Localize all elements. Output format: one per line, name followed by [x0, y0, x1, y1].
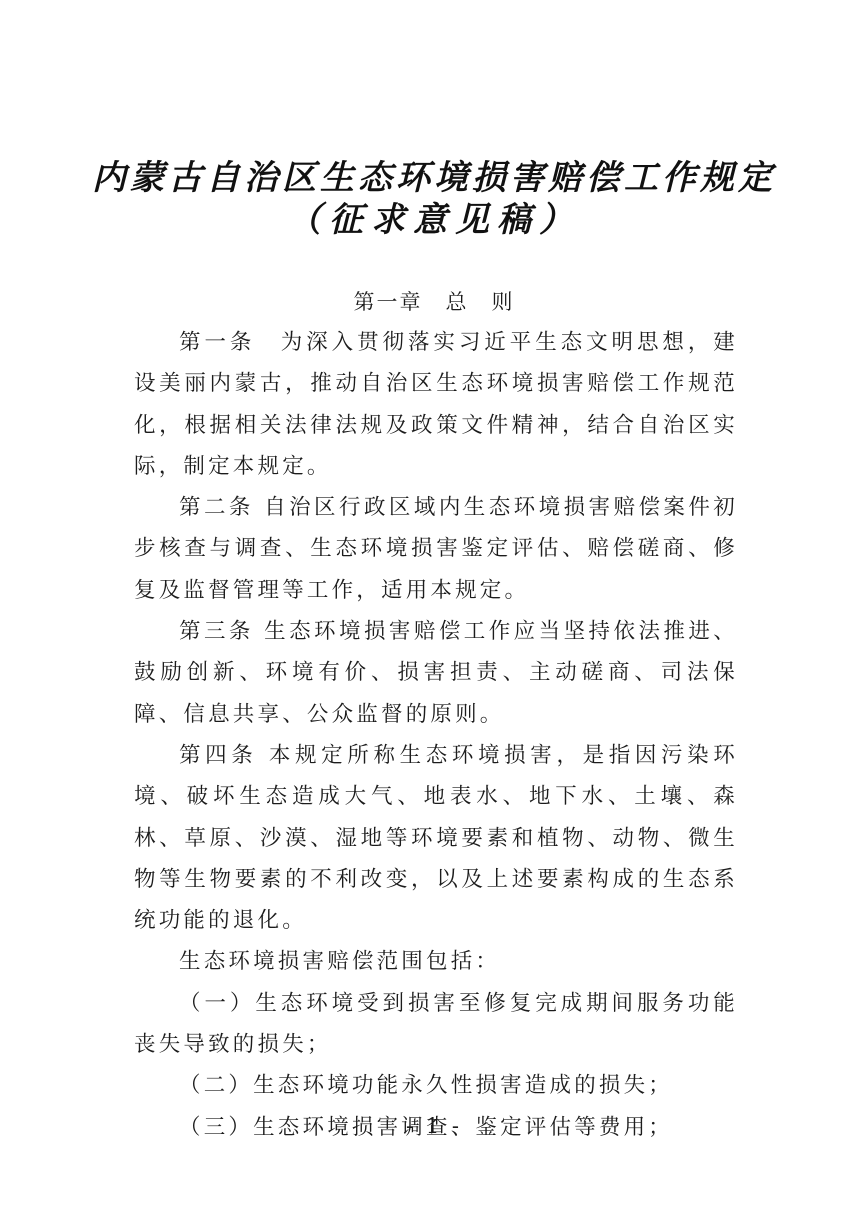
document-page: 内蒙古自治区生态环境损害赔偿工作规定 （征求意见稿） 第一章 总 则 第一条 为…: [0, 0, 868, 1227]
page-number: - 1 -: [0, 1114, 868, 1138]
chapter-heading: 第一章 总 则: [0, 286, 868, 316]
scope-item-2: （二）生态环境功能永久性损害造成的损失；: [134, 1065, 738, 1106]
document-body: 第一条 为深入贯彻落实习近平生态文明思想，建设美丽内蒙古，推动自治区生态环境损害…: [134, 322, 738, 1148]
scope-item-1: （一）生态环境受到损害至修复完成期间服务功能丧失导致的损失；: [134, 983, 738, 1066]
document-subtitle: （征求意见稿）: [0, 192, 868, 241]
compensation-scope-intro: 生态环境损害赔偿范围包括：: [134, 941, 738, 982]
article-4: 第四条 本规定所称生态环境损害，是指因污染环境、破坏生态造成大气、地表水、地下水…: [134, 735, 738, 941]
article-3: 第三条 生态环境损害赔偿工作应当坚持依法推进、鼓励创新、环境有价、损害担责、主动…: [134, 611, 738, 735]
article-2: 第二条 自治区行政区域内生态环境损害赔偿案件初步核查与调查、生态环境损害鉴定评估…: [134, 487, 738, 611]
article-1: 第一条 为深入贯彻落实习近平生态文明思想，建设美丽内蒙古，推动自治区生态环境损害…: [134, 322, 738, 487]
